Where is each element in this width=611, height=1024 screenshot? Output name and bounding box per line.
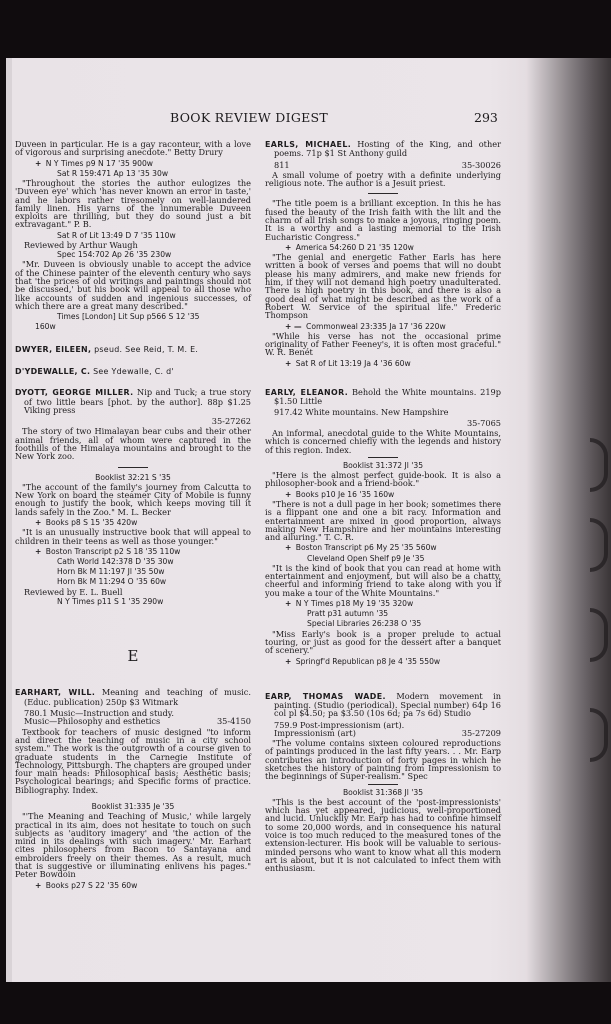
entry-earhart: EARHART, WILL. Meaning and teaching of m… — [15, 688, 251, 889]
review-quote: "Here is the almost perfect guide-book. … — [265, 471, 501, 488]
entry-earls: EARLS, MICHAEL. Hosting of the King, and… — [265, 140, 501, 368]
review-quote: "Throughout the stories the author eulog… — [15, 179, 251, 229]
entry-summary: A small volume of poetry with a definite… — [265, 171, 501, 188]
review-quote: "The account of the family's journey fro… — [15, 483, 251, 516]
subject-line: 811 35-30026 — [265, 161, 501, 169]
review-source: + — Commonweal 23:335 Ja 17 '36 220w — [265, 322, 501, 331]
review-source: Horn Bk M 11:197 Jl '35 50w — [15, 567, 251, 576]
review-source: Booklist 31:372 Jl '35 — [265, 461, 501, 470]
reviewer-line: Reviewed by Arthur Waugh — [15, 241, 251, 249]
review-quote: "There is not a dull page in her book; s… — [265, 500, 501, 541]
review-source-wordcount: 160w — [15, 322, 251, 331]
review-source: Spec 154:702 Ap 26 '35 230w — [15, 250, 251, 259]
divider — [118, 467, 148, 468]
review-quote: "The genial and energetic Father Earls h… — [265, 253, 501, 319]
review-source: Booklist 31:368 Jl '35 — [265, 788, 501, 797]
review-source: + Boston Transcript p6 My 25 '35 560w — [265, 543, 501, 552]
review-quote: "This is the best account of the 'post-i… — [265, 798, 501, 873]
entry-heading: EARLS, MICHAEL. Hosting of the King, and… — [265, 140, 501, 158]
review-quote: Duveen in particular. He is a gay racont… — [15, 140, 251, 157]
reviewer-line: Reviewed by E. L. Buell — [15, 588, 251, 596]
right-column: EARLS, MICHAEL. Hosting of the King, and… — [265, 140, 501, 875]
review-quote: "While his verse has not the occasional … — [265, 332, 501, 357]
lc-number: 35-4150 — [217, 717, 251, 725]
review-source: Horn Bk M 11:294 O '35 60w — [15, 577, 251, 586]
class-number: 811 — [274, 161, 290, 169]
review-source: Pratt p31 autumn '35 — [265, 609, 501, 618]
review-quote: "Miss Early's book is a proper prelude t… — [265, 630, 501, 655]
review-source: + Boston Transcript p2 S 18 '35 110w — [15, 547, 251, 556]
page-number: 293 — [474, 110, 498, 125]
entry-summary: The story of two Himalayan bear cubs and… — [15, 427, 251, 460]
lc-number: 35-27209 — [462, 729, 501, 737]
review-source: Cath World 142:378 D '35 30w — [15, 557, 251, 566]
review-source: + America 54:260 D 21 '35 120w — [265, 243, 501, 252]
review-source: Times [London] Lit Sup p566 S 12 '35 — [15, 312, 251, 321]
entry-summary: Textbook for teachers of music designed … — [15, 728, 251, 794]
review-source: Booklist 32:21 S '35 — [15, 473, 251, 482]
subject-line: 917.42 White mountains. New Hampshire — [265, 408, 501, 416]
section-letter: E — [15, 652, 251, 660]
lc-number: 35-7065 — [265, 419, 501, 427]
review-source: + Books p10 Je 16 '35 160w — [265, 490, 501, 499]
cross-reference: DWYER, EILEEN, pseud. See Reid, T. M. E. — [15, 346, 251, 354]
subject-line: 759.9 Post-impressionism (art). Impressi… — [265, 721, 501, 738]
review-quote: "The title poem is a brilliant exception… — [265, 199, 501, 240]
review-quote: "The volume contains sixteen coloured re… — [265, 739, 501, 780]
review-source: Sat R of Lit 13:49 D 7 '35 110w — [15, 231, 251, 240]
review-source: + Springf'd Republican p8 Je 4 '35 550w — [265, 657, 501, 666]
review-source: + N Y Times p9 N 17 '35 900w — [15, 159, 251, 168]
entry-heading: EARHART, WILL. Meaning and teaching of m… — [15, 688, 251, 706]
subject-line: 780.1 Music—Instruction and study. Music… — [15, 709, 251, 726]
entry-earp: EARP, THOMAS WADE. Modern movement in pa… — [265, 692, 501, 873]
subject-headings: 780.1 Music—Instruction and study. Music… — [24, 709, 199, 726]
entry-heading: EARP, THOMAS WADE. Modern movement in pa… — [265, 692, 501, 718]
review-source: + Books p27 S 22 '35 60w — [15, 881, 251, 890]
review-source: + N Y Times p18 My 19 '35 320w — [265, 599, 501, 608]
review-source: N Y Times p11 S 1 '35 290w — [15, 597, 251, 606]
entry-early: EARLY, ELEANOR. Behold the White mountai… — [265, 388, 501, 666]
review-quote: "It is the kind of book that you can rea… — [265, 564, 501, 597]
review-source: + Books p8 S 15 '35 420w — [15, 518, 251, 527]
entry-dyott: DYOTT, GEORGE MILLER. Nip and Tuck; a tr… — [15, 388, 251, 606]
review-source: Sat R 159:471 Ap 13 '35 30w — [15, 169, 251, 178]
subject-headings: 759.9 Post-impressionism (art). Impressi… — [274, 721, 444, 738]
entry-summary: An informal, anecdotal guide to the Whit… — [265, 429, 501, 454]
entry-heading: EARLY, ELEANOR. Behold the White mountai… — [265, 388, 501, 406]
review-source: Booklist 31:335 Je '35 — [15, 802, 251, 811]
left-column: Duveen in particular. He is a gay racont… — [15, 140, 251, 891]
review-source: Cleveland Open Shelf p9 Je '35 — [265, 554, 501, 563]
review-quote: "Mr. Duveen is obviously unable to accep… — [15, 260, 251, 310]
spine-shadow — [584, 438, 611, 768]
review-source: Special Libraries 26:238 O '35 — [265, 619, 501, 628]
lc-number: 35-27262 — [15, 417, 251, 425]
divider — [368, 784, 398, 785]
entry-heading: DYOTT, GEORGE MILLER. Nip and Tuck; a tr… — [15, 388, 251, 414]
cross-reference: D'YDEWALLE, C. See Ydewalle, C. d' — [15, 368, 251, 376]
page-header: BOOK REVIEW DIGEST 293 — [0, 110, 611, 128]
lc-number: 35-30026 — [462, 161, 501, 169]
entry-duveen-continued: Duveen in particular. He is a gay racont… — [15, 140, 251, 332]
divider — [368, 193, 398, 194]
review-quote: "It is an unusually instructive book tha… — [15, 528, 251, 545]
review-source: + Sat R of Lit 13:19 Ja 4 '36 60w — [265, 359, 501, 368]
divider — [368, 457, 398, 458]
subject-headings: 917.42 White mountains. New Hampshire — [274, 408, 449, 416]
review-quote: "'The Meaning and Teaching of Music,' wh… — [15, 812, 251, 878]
running-title: BOOK REVIEW DIGEST — [170, 110, 328, 125]
